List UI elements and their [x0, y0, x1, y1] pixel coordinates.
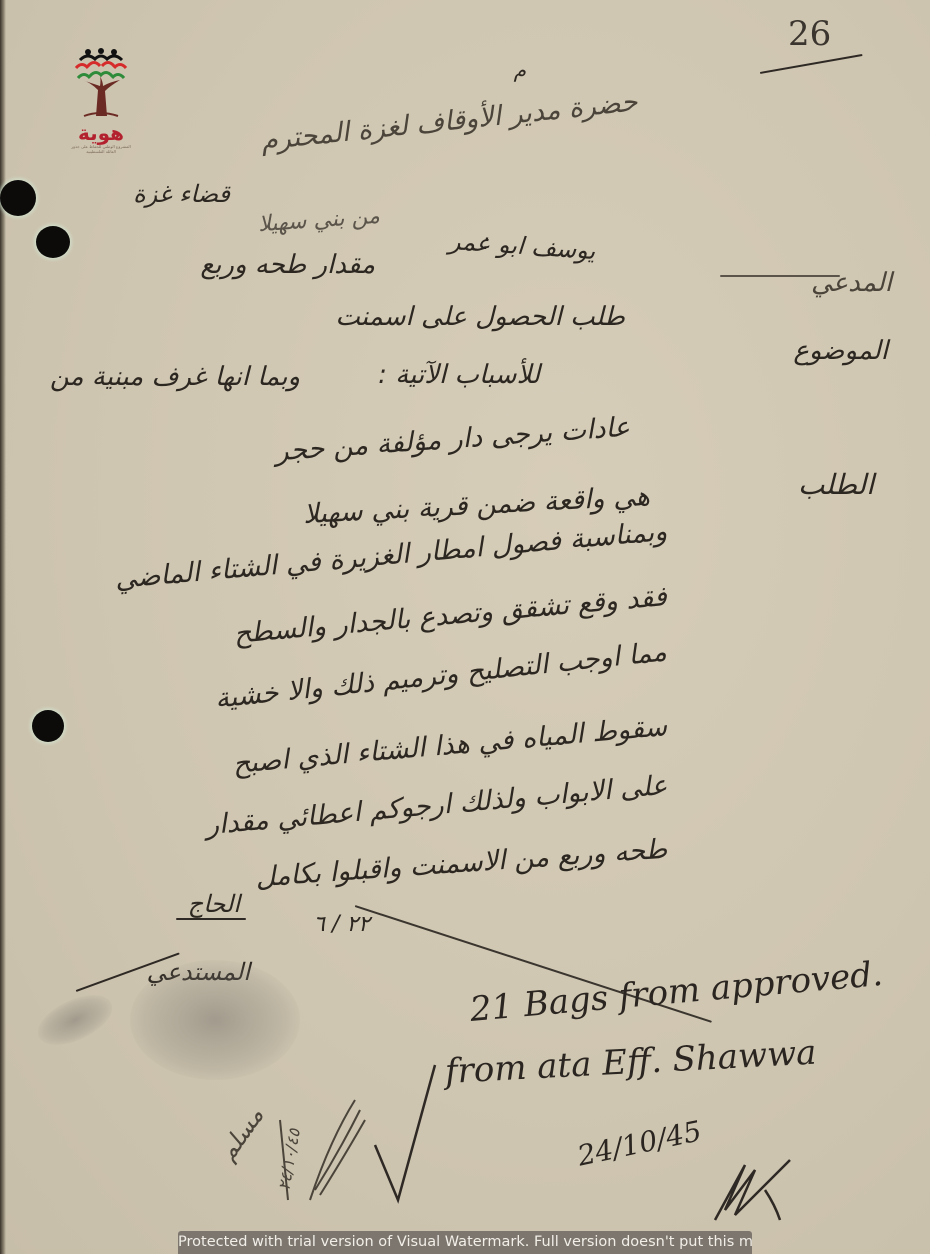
body-line: على الابواب ولذلك ارجوكم اعطائي مقدار	[205, 770, 669, 841]
body-line: وبما انها غرف مبنية من	[50, 362, 300, 392]
punch-hole	[36, 226, 70, 258]
approval-signature-icon	[705, 1150, 795, 1230]
body-line: طحه وربع من الاسمنت واقبلوا بكامل	[255, 834, 669, 894]
margin-label-request: الطلب	[798, 468, 874, 501]
trial-watermark-banner: Protected with trial version of Visual W…	[178, 1231, 752, 1254]
seal-underline	[176, 918, 246, 920]
approval-note-line2: from ata Eff. Shawwa	[444, 1033, 817, 1092]
received-signature-icon	[260, 1080, 380, 1210]
sender-village: من بني سهيلا	[257, 204, 380, 237]
logo-brand-text: هوية	[70, 122, 132, 144]
punch-hole	[32, 710, 64, 742]
scanned-letter-page: هوية المشروع الوطني للحفاظ على جذور العا…	[0, 0, 930, 1254]
body-line: طلب الحصول على اسمنت	[335, 302, 625, 332]
body-line: مما اوجب التصليح وترميم ذلك والا خشية	[214, 636, 668, 714]
ink-stain	[30, 985, 119, 1055]
sender-name: يوسف ابو عمر	[448, 227, 596, 265]
closing-seal: الحاج	[188, 890, 240, 918]
approval-date: 24/10/45	[575, 1114, 705, 1172]
body-line: للأسباب الآتية :	[378, 360, 540, 390]
header-mark: م	[514, 58, 526, 82]
punch-hole	[0, 180, 36, 216]
body-line: مقدار طحه وربع	[200, 250, 375, 280]
body-line: عادات يرجى دار مؤلفة من حجر	[274, 412, 630, 468]
body-line: فقد وقع تشقق وتصدع بالجدار والسطح	[233, 581, 669, 650]
ink-stain	[130, 960, 300, 1080]
body-line: سقوط المياه في هذا الشتاء الذي اصبح	[232, 711, 669, 780]
family-tree-icon	[70, 46, 132, 118]
page-number-underline	[760, 54, 863, 74]
addressee-line: حضرة مدير الأوقاف لغزة المحترم	[259, 86, 639, 156]
margin-label-applicant: المدعي	[811, 268, 892, 298]
body-line: وبمناسبة فصول امطار الغزيرة في الشتاء ال…	[114, 516, 669, 595]
logo-tagline: المشروع الوطني للحفاظ على جذور العائلة ا…	[70, 144, 132, 154]
approval-note-line1: 21 Bags from approved.	[468, 954, 884, 1030]
district-line: قضاء غزة	[133, 180, 230, 208]
archive-logo: هوية المشروع الوطني للحفاظ على جذور العا…	[70, 46, 132, 166]
margin-label-subject: الموضوع	[793, 336, 888, 366]
check-mark-icon	[370, 1060, 450, 1210]
page-number: 26	[788, 14, 831, 54]
closing-date: ٢٢ / ٦	[313, 912, 370, 937]
